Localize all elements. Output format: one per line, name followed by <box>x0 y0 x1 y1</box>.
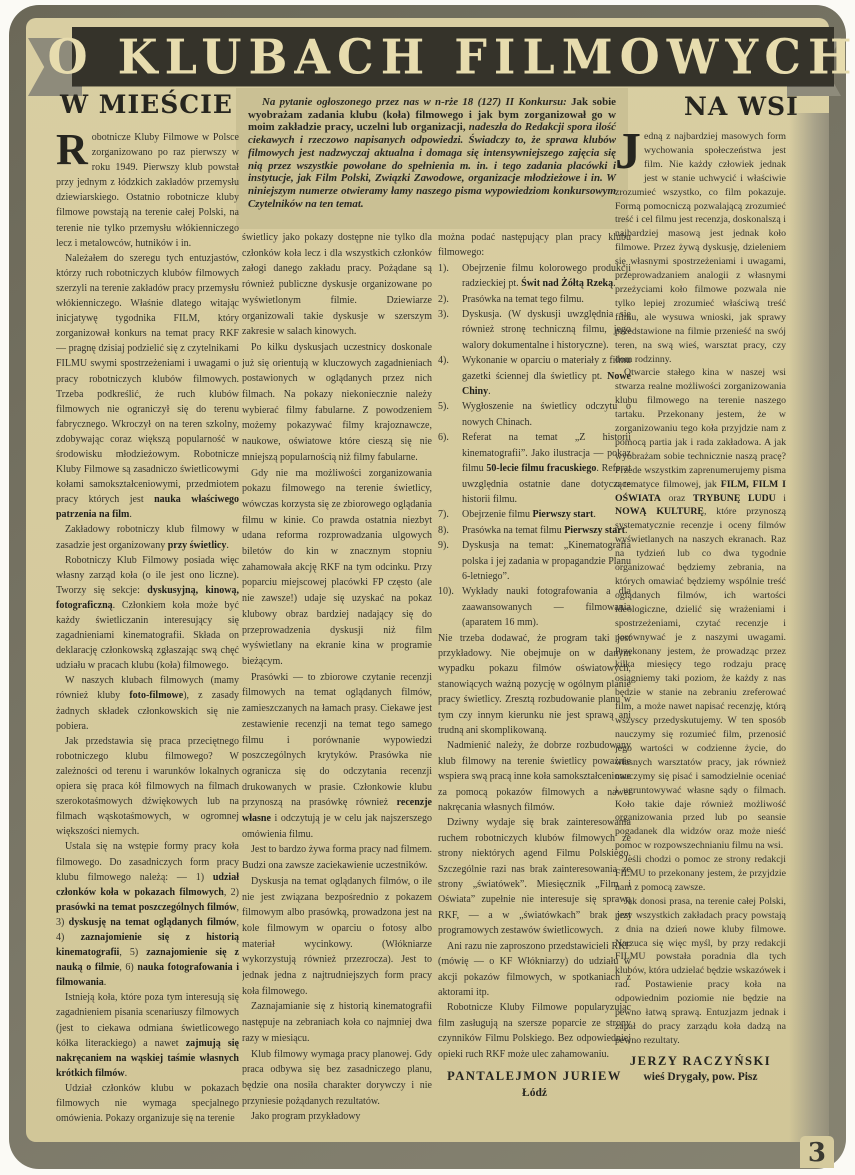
author-name: PANTALEJMON JURIEW <box>438 1069 631 1084</box>
list-item-number: 8). <box>438 523 462 538</box>
paragraph: Jeśli chodzi o pomoc ze strony redakcji … <box>615 853 786 895</box>
paragraph: Jak przedstawia się praca przeciętnego r… <box>56 734 239 840</box>
list-item: 9).Dyskusja na temat: „Kinematografia po… <box>438 538 631 584</box>
author-signature: JERZY RACZYŃSKIwieś Drygały, pow. Pisz <box>615 1055 786 1085</box>
author-signature: PANTALEJMON JURIEWŁódź <box>438 1069 631 1102</box>
list-item: 4).Wykonanie w oparciu o materiały z fil… <box>438 353 631 399</box>
drop-cap: R <box>56 132 88 168</box>
paragraph: Klub filmowy wymaga pracy planowej. Gdy … <box>242 1047 432 1110</box>
paragraph: Robotnicze Kluby Filmowe w Polsce zorgan… <box>56 130 239 251</box>
paragraph: Gdy nie ma możliwości zorganizowania pok… <box>242 466 432 670</box>
paragraph: Robotnicze Kluby Filmowe popularyzując f… <box>438 1000 631 1062</box>
section-title-village: NA WSI <box>684 92 799 121</box>
paragraph: Dyskusja na temat oglądanych filmów, o i… <box>242 874 432 1000</box>
list-item-number: 9). <box>438 538 462 553</box>
list-item: 10).Wykłady nauki fotografowania a dla z… <box>438 584 631 630</box>
author-name: JERZY RACZYŃSKI <box>615 1055 786 1069</box>
city-article-column-2: świetlicy jako pokazy dostępne nie tylko… <box>242 230 432 1138</box>
city-article-column-1: Robotnicze Kluby Filmowe w Polsce zorgan… <box>56 130 239 1136</box>
list-item: 1).Obejrzenie filmu kolorowego produkcji… <box>438 261 631 292</box>
list-item: 3).Dyskusja. (W dyskusji uwzględnia się … <box>438 307 631 353</box>
paragraph: Robotniczy Klub Filmowy posiada więc wła… <box>56 553 239 674</box>
village-article-column: Jedną z najbardziej masowych form wychow… <box>615 130 786 1140</box>
intro-box: Na pytanie ogłoszonego przez nas w n-rże… <box>236 88 628 229</box>
paragraph: można podać następujący plan pracy klubu… <box>438 230 631 261</box>
page-title: O KLUBACH FILMOWYCH <box>48 28 855 84</box>
list-item: 6).Referat na temat „Z historii kinemato… <box>438 430 631 507</box>
paragraph: Po kilku dyskusjach uczestnicy doskonale… <box>242 340 432 466</box>
paragraph: Jako program przykładowy <box>242 1109 432 1125</box>
list-item-number: 7). <box>438 507 462 522</box>
page-edge-shadow <box>789 113 829 1142</box>
intro-text: Na pytanie ogłoszonego przez nas w n-rże… <box>248 96 616 210</box>
list-item-number: 10). <box>438 584 462 599</box>
paper: O KLUBACH FILMOWYCH W MIEŚCIE Na pytanie… <box>26 18 829 1142</box>
list-item: 2).Prasówka na temat tego filmu. <box>438 292 631 307</box>
list-item: 5).Wygłoszenie na świetlicy odczytu o no… <box>438 399 631 430</box>
paragraph: Jak donosi prasa, na terenie całej Polsk… <box>615 895 786 1048</box>
author-place: Łódź <box>438 1086 631 1101</box>
paragraph: Jedną z najbardziej masowych form wychow… <box>615 130 786 366</box>
intro-body: nadeszła do Redakcji spora ilość ciekawy… <box>248 121 616 209</box>
page-frame: O KLUBACH FILMOWYCH W MIEŚCIE Na pytanie… <box>9 5 846 1169</box>
magazine-page-scan: { "masthead": { "title": "O KLUBACH FILM… <box>0 0 855 1175</box>
paragraph: Należałem do szeregu tych entuzjastów, k… <box>56 251 239 523</box>
list-item-number: 4). <box>438 353 462 368</box>
paragraph: Dziwny wydaje się brak zainteresowania r… <box>438 815 631 938</box>
paragraph: świetlicy jako pokazy dostępne nie tylko… <box>242 230 432 340</box>
list-item-number: 3). <box>438 307 462 322</box>
list-item-number: 5). <box>438 399 462 414</box>
title-banner: O KLUBACH FILMOWYCH <box>72 27 834 86</box>
paragraph: Ustala się na wstępie formy pracy koła f… <box>56 839 239 990</box>
section-title-city: W MIEŚCIE <box>60 90 233 119</box>
list-item: 8).Prasówka na temat filmu Pierwszy star… <box>438 523 631 538</box>
paragraph: Nadmienić należy, że dobrze rozbudowany … <box>438 738 631 815</box>
paragraph: Udział członków klubu w pokazach filmowy… <box>56 1081 239 1126</box>
list-item: 7).Obejrzenie filmu Pierwszy start. <box>438 507 631 522</box>
list-item-number: 1). <box>438 261 462 276</box>
city-article-column-3: można podać następujący plan pracy klubu… <box>438 230 631 1138</box>
paragraph: W naszych klubach filmowych (mamy równie… <box>56 673 239 733</box>
list-item-number: 6). <box>438 430 462 445</box>
paragraph: Istnieją koła, które poza tym interesują… <box>56 990 239 1081</box>
author-place: wieś Drygały, pow. Pisz <box>615 1071 786 1085</box>
intro-lead: Na pytanie ogłoszonego przez nas w n-rże… <box>262 96 567 108</box>
paragraph: Zakładowy robotniczy klub filmowy w zasa… <box>56 522 239 552</box>
paragraph: Zaznajamianie się z historią kinematogra… <box>242 999 432 1046</box>
paragraph: Nie trzeba dodawać, że program taki jest… <box>438 631 631 739</box>
paragraph: Jest to bardzo żywa forma pracy nad film… <box>242 842 432 873</box>
paragraph: Prasówki — to zbiorowe czytanie recenzji… <box>242 670 432 843</box>
paragraph: Otwarcie stałego kina w naszej wsi stwar… <box>615 366 786 853</box>
drop-cap: J <box>615 132 641 172</box>
page-number: 3 <box>800 1136 834 1168</box>
paragraph: Ani razu nie zaproszono przedstawicieli … <box>438 939 631 1001</box>
list-item-number: 2). <box>438 292 462 307</box>
